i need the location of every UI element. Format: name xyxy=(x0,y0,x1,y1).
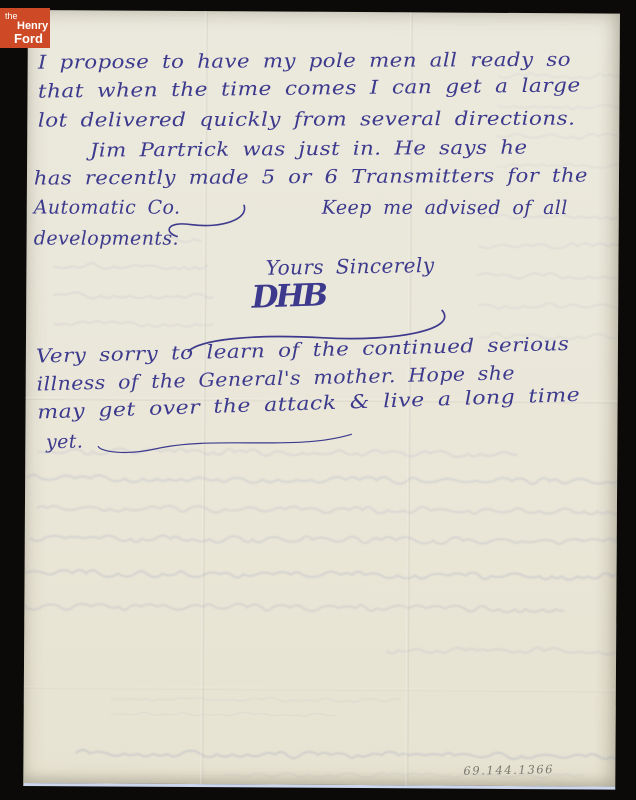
letter-line: lot delivered quickly from several direc… xyxy=(38,108,576,132)
letter-line: developments. xyxy=(34,228,179,250)
letter-line: Automatic Co. Keep me advised of all xyxy=(34,197,619,220)
letter-line-segment: Automatic Co. xyxy=(34,197,181,219)
logo-word-ford: Ford xyxy=(14,32,43,45)
signature-closing: Yours Sincerely xyxy=(266,253,435,280)
ink-flourish xyxy=(96,430,357,462)
letter-body: I propose to have my pole men all ready … xyxy=(33,12,614,786)
letter-line: that when the time comes I can get a lar… xyxy=(38,74,581,102)
letter-line-segment: Keep me advised of all xyxy=(322,197,568,219)
logo-word-the: the xyxy=(5,12,18,21)
scan-background: I propose to have my pole men all ready … xyxy=(0,0,636,800)
letter-line: Jim Partrick was just in. He says he xyxy=(90,137,528,162)
henry-ford-logo: the Henry Ford xyxy=(0,8,50,48)
catalog-number: 69.144.1366 xyxy=(463,762,554,778)
letter-line: has recently made 5 or 6 Transmitters fo… xyxy=(34,165,588,190)
signature-initials: DHB xyxy=(251,277,326,315)
letter-line: I propose to have my pole men all ready … xyxy=(38,49,571,74)
letter-page: I propose to have my pole men all ready … xyxy=(23,10,620,790)
letter-line: yet. xyxy=(46,430,84,453)
